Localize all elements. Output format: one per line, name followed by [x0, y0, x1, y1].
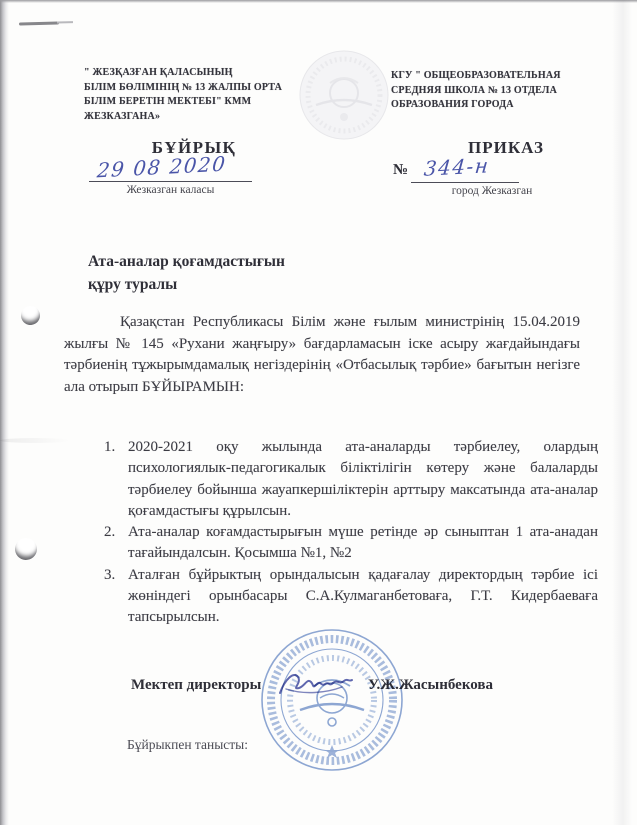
- item-number: 2.: [104, 522, 128, 565]
- order-item: 2. Ата-аналар коғамдастырығын мүше ретін…: [104, 522, 598, 565]
- paper-crease-left: [0, 438, 70, 443]
- org-name-ru-line: КГУ " ОБЩЕОБРАЗОВАТЕЛЬНАЯ: [391, 69, 583, 84]
- director-role: Мектеп директоры: [131, 677, 261, 694]
- item-text: Ата-аналар коғамдастырығын мүше ретінде …: [128, 522, 598, 565]
- scan-edge-left: [0, 0, 9, 825]
- order-subject: Ата-аналар қоғамдастығын құру туралы: [88, 251, 388, 296]
- order-number-handwritten: 344-н: [423, 153, 491, 181]
- item-number: 1.: [104, 437, 128, 522]
- date-underline: [89, 181, 252, 182]
- order-number-label: №: [393, 162, 408, 179]
- org-name-kz-line: БІЛІМ БӨЛІМІНІҢ № 13 ЖАЛПЫ ОРТА: [84, 81, 316, 96]
- punch-hole-shadow: [14, 537, 37, 560]
- order-place-ru: город Жезказган: [433, 185, 551, 197]
- order-body-paragraph: Қазақстан Республикасы Білім және ғылым …: [64, 312, 580, 398]
- order-item: 1. 2020-2021 оқу жылында ата-аналарды тә…: [104, 437, 598, 522]
- order-subject-line: құру туралы: [88, 274, 388, 297]
- acknowledgement-label: Бұйрыкпен танысты:: [127, 737, 248, 753]
- paperclip-mark: [19, 21, 59, 25]
- org-name-kz-line: БІЛІМ БЕРЕТІН МЕКТЕБІ" КММ: [84, 95, 316, 110]
- org-name-ru: КГУ " ОБЩЕОБРАЗОВАТЕЛЬНАЯ СРЕДНЯЯ ШКОЛА …: [391, 69, 583, 113]
- order-items: 1. 2020-2021 оқу жылында ата-аналарды тә…: [104, 437, 598, 629]
- paper-crease-right: [612, 0, 632, 825]
- org-name-ru-line: ОБРАЗОВАНИЯ ГОРОДА: [391, 98, 583, 113]
- director-signature-ink-icon: [276, 667, 360, 701]
- order-place-kz: Жезказган каласы: [89, 184, 252, 196]
- punch-hole-shadow: [20, 305, 41, 326]
- order-item: 3. Аталған бұйрыктың орындалысын қадағал…: [104, 565, 598, 629]
- order-subject-line: Ата-аналар қоғамдастығын: [88, 251, 388, 274]
- item-number: 3.: [104, 565, 128, 629]
- scan-edge-top: [0, 0, 637, 3]
- org-name-kz-line: ЖЕЗКАЗГАНА»: [84, 110, 316, 125]
- org-name-kz-line: " ЖЕЗҚАЗҒАН ҚАЛАСЫНЫҢ: [84, 66, 316, 81]
- item-text: Аталған бұйрыктың орындалысын қадағалау …: [128, 565, 598, 629]
- scanned-document-page: " ЖЕЗҚАЗҒАН ҚАЛАСЫНЫҢ БІЛІМ БӨЛІМІНІҢ № …: [0, 0, 637, 825]
- org-name-kz: " ЖЕЗҚАЗҒАН ҚАЛАСЫНЫҢ БІЛІМ БӨЛІМІНІҢ № …: [84, 66, 316, 124]
- item-text: 2020-2021 оқу жылында ата-аналарды тәрби…: [128, 437, 598, 522]
- number-underline: [411, 182, 519, 183]
- org-name-ru-line: СРЕДНЯЯ ШКОЛА № 13 ОТДЕЛА: [391, 84, 583, 99]
